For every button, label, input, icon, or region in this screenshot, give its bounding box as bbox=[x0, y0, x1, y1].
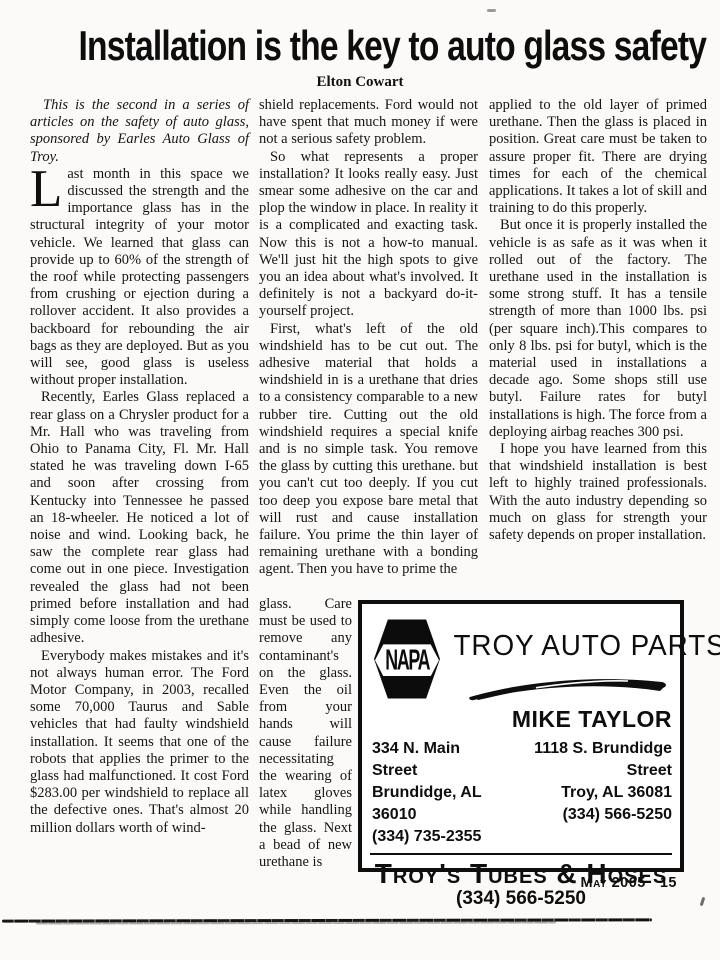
paragraph: Last month in this space we discussed th… bbox=[30, 166, 249, 390]
paragraph: First, what's left of the old windshield… bbox=[259, 321, 478, 579]
paragraph: applied to the old layer of primed ureth… bbox=[489, 97, 707, 217]
paragraph: I hope you have learned from this that w… bbox=[489, 441, 707, 544]
ad-divider bbox=[370, 853, 672, 855]
paragraph: shield replacements. Ford would not have… bbox=[259, 97, 478, 149]
magazine-page: Installation is the key to auto glass sa… bbox=[0, 0, 720, 960]
footer-page-number: 15 bbox=[660, 875, 677, 891]
address-street: 1118 S. Brundidge Street bbox=[509, 738, 672, 782]
paragraph: But once it is properly installed the ve… bbox=[489, 217, 707, 441]
article-column-2-narrow: glass. Care must be used to remove any c… bbox=[259, 596, 352, 871]
ad-secondary-phone: (334) 566-5250 bbox=[362, 888, 680, 910]
article-column-3: applied to the old layer of primed ureth… bbox=[489, 97, 707, 544]
scan-speck bbox=[487, 9, 496, 12]
ad-title-block: TROY AUTO PARTS bbox=[440, 616, 720, 702]
ad-owner-name: MIKE TAYLOR bbox=[362, 706, 680, 733]
article-column-1: This is the second in a series of articl… bbox=[30, 97, 249, 837]
page-title-text: Installation is the key to auto glass sa… bbox=[78, 22, 706, 70]
page-title: Installation is the key to auto glass sa… bbox=[0, 22, 720, 70]
paragraph: Recently, Earles Glass replaced a rear g… bbox=[30, 389, 249, 647]
napa-logo-text: NAPA bbox=[385, 644, 429, 677]
paragraph: glass. Care must be used to remove any c… bbox=[259, 596, 352, 871]
paragraph: Everybody makes mistakes and it's not al… bbox=[30, 648, 249, 837]
ad-store-name: TROY AUTO PARTS bbox=[440, 630, 720, 663]
address-city: Brundidge, AL 36010 bbox=[372, 782, 509, 826]
byline: Elton Cowart bbox=[0, 74, 720, 91]
address-city: Troy, AL 36081 bbox=[509, 782, 672, 804]
address-street: 334 N. Main Street bbox=[372, 738, 509, 782]
series-intro: This is the second in a series of articl… bbox=[30, 97, 249, 166]
scan-speck bbox=[700, 897, 706, 906]
ad-addresses: 334 N. Main Street Brundidge, AL 36010 (… bbox=[362, 733, 680, 848]
napa-logo-band: NAPA bbox=[375, 644, 439, 676]
napa-ad: NAPA TROY AUTO PARTS MIKE TAYLOR 334 N. … bbox=[358, 600, 684, 872]
paragraph: So what represents a proper installation… bbox=[259, 149, 478, 321]
footer-issue-date: May 2005 bbox=[581, 875, 646, 891]
brush-swoosh-icon bbox=[466, 671, 676, 701]
ad-address-left: 334 N. Main Street Brundidge, AL 36010 (… bbox=[372, 738, 509, 848]
address-phone: (334) 735-2355 bbox=[372, 826, 509, 848]
napa-hexagon-logo-icon: NAPA bbox=[374, 616, 440, 702]
scan-artifact-line bbox=[36, 921, 556, 924]
page-footer: May 200515 bbox=[581, 875, 677, 891]
ad-address-right: 1118 S. Brundidge Street Troy, AL 36081 … bbox=[509, 738, 672, 848]
article-column-2: shield replacements. Ford would not have… bbox=[259, 97, 478, 579]
address-phone: (334) 566-5250 bbox=[509, 804, 672, 826]
drop-cap: L bbox=[30, 166, 67, 209]
ad-header: NAPA TROY AUTO PARTS bbox=[362, 604, 680, 702]
